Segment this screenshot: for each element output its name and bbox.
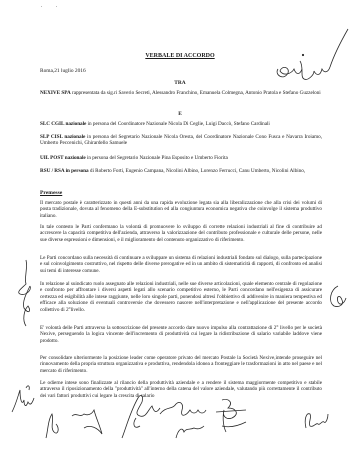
- party-slp-cisl: SLP CISL nazionale in persona del Segret…: [40, 134, 322, 147]
- document-page: VERBALE DI ACCORDO Roma,21 luglio 2016 T…: [0, 0, 360, 466]
- party-nexive: NEXIVE SPA rappresentata da sig.ri Saver…: [40, 90, 322, 96]
- scan-speck: [56, 6, 57, 7]
- paragraph-4: In relazione al suindicato ruolo assegna…: [40, 281, 322, 313]
- signature-top-right: [270, 25, 350, 85]
- signature-left-margin-lower: [10, 382, 38, 416]
- and-label: E: [0, 111, 360, 117]
- signature-bottom-1: [40, 410, 70, 440]
- party-name: NEXIVE SPA: [40, 90, 71, 96]
- paragraph-5: E' volontà delle Parti attraverso la sot…: [40, 325, 322, 344]
- party-slc-cgil: SLC CGIL nazionale in persona del Coordi…: [40, 121, 322, 127]
- party-text: rappresentata da sig.ri Saverio Secreti,…: [71, 90, 321, 96]
- party-name: SLP CISL nazionale: [40, 134, 85, 140]
- party-name: SLC CGIL nazionale: [40, 121, 86, 127]
- party-uil-post: UIL POST nazionale in persona del Segret…: [40, 155, 322, 161]
- signature-bottom-2: [70, 404, 110, 440]
- paragraph-1: Il mercato postale è caratterizzato in q…: [40, 200, 322, 219]
- signature-left-margin-upper: [12, 258, 38, 330]
- signature-bottom-3: [112, 390, 162, 440]
- signature-bottom-4: [158, 392, 208, 440]
- premises-heading: Premesse: [40, 190, 62, 196]
- signature-bottom-6: [300, 408, 330, 432]
- party-rsu-rsa: RSU / RSA in persona di Roberto Forti, E…: [40, 168, 322, 174]
- paragraph-3: Le Parti concordano sulla necessità di c…: [40, 255, 322, 274]
- signature-right-margin: [326, 284, 348, 310]
- party-text: in persona del Coordinatore Nazionale Ni…: [86, 121, 270, 127]
- scan-speck: [41, 6, 42, 7]
- party-text: di Roberto Forti, Eugenio Campana, Nicol…: [89, 168, 306, 174]
- party-name: UIL POST nazionale: [40, 155, 86, 161]
- document-date: Roma,21 luglio 2016: [40, 68, 86, 74]
- signature-bottom-5: [212, 396, 252, 436]
- paragraph-6: Per consolidare ulteriormente la posizio…: [40, 355, 322, 374]
- party-text: in persona del Segretario Nazionale Pina…: [86, 155, 228, 161]
- paragraph-2: In tale contesto le Parti confermano la …: [40, 224, 322, 243]
- party-name: RSU / RSA in persona: [40, 168, 89, 174]
